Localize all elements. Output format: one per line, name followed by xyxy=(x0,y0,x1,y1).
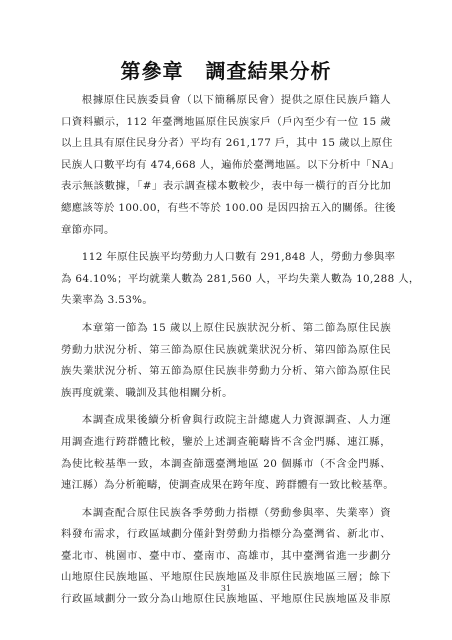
chapter-number: 第參章 xyxy=(121,59,184,83)
text-line: 根據原住民族委員會（以下簡稱原民會）提供之原住民族戶籍人 xyxy=(61,90,391,112)
text-line: 口資料顯示，112 年臺灣地區原住民族家戶（戶內至少有一位 15 歲 xyxy=(61,112,391,134)
chapter-heading: 第參章調查結果分析 xyxy=(0,55,452,84)
chapter-title-text: 調查結果分析 xyxy=(206,59,332,83)
text-line: 民族人口數平均有 474,668 人，遍佈於臺灣地區。以下分析中「NA」 xyxy=(61,155,391,177)
text-line: 112 年原住民族平均勞動力人口數有 291,848 人，勞動力參與率 xyxy=(61,247,391,269)
paragraph-administrative-regions: 本調查配合原住民族各季勞動力指標（勞動參與率、失業率）資 料發布需求，行政區域劃… xyxy=(61,503,391,611)
text-line: 為 64.10%；平均就業人數為 281,560 人，平均失業人數為 10,28… xyxy=(61,269,391,291)
text-line: 本調查成果後續分析會與行政院主計總處人力資源調查、人力運 xyxy=(61,410,391,432)
text-line: 失業率為 3.53%。 xyxy=(61,290,391,312)
text-line: 料發布需求，行政區域劃分僅針對勞動力指標分為臺灣省、新北市、 xyxy=(61,524,391,546)
text-line: 以上且具有原住民身分者）平均有 261,177 戶，其中 15 歲以上原住 xyxy=(61,133,391,155)
paragraph-household-population: 根據原住民族委員會（以下簡稱原民會）提供之原住民族戶籍人 口資料顯示，112 年… xyxy=(61,90,391,241)
text-line: 本調查配合原住民族各季勞動力指標（勞動參與率、失業率）資 xyxy=(61,503,391,525)
text-line: 族失業狀況分析、第五節為原住民族非勞動力分析、第六節為原住民 xyxy=(61,361,391,383)
paragraph-labor-force-summary: 112 年原住民族平均勞動力人口數有 291,848 人，勞動力參與率 為 64… xyxy=(61,247,391,312)
text-line: 用調查進行跨群體比較，鑒於上述調查範疇皆不含金門縣、連江縣， xyxy=(61,432,391,454)
text-line: 總應該等於 100.00，有些不等於 100.00 是因四捨五入的關係。往後 xyxy=(61,198,391,220)
paragraph-chapter-sections: 本章第一節為 15 歲以上原住民族狀況分析、第二節為原住民族 勞動力狀況分析、第… xyxy=(61,318,391,404)
page-number: 31 xyxy=(0,584,452,593)
text-line: 為使比較基準一致，本調查篩選臺灣地區 20 個縣市（不含金門縣、 xyxy=(61,454,391,476)
chapter-body: 根據原住民族委員會（以下簡稱原民會）提供之原住民族戶籍人 口資料顯示，112 年… xyxy=(61,90,391,617)
paragraph-comparison-scope: 本調查成果後續分析會與行政院主計總處人力資源調查、人力運 用調查進行跨群體比較，… xyxy=(61,410,391,496)
text-line: 連江縣）為分析範疇，使調查成果在跨年度、跨群體有一致比較基準。 xyxy=(61,475,391,497)
text-line: 臺北市、桃園市、臺中市、臺南市、高雄市，其中臺灣省進一步劃分 xyxy=(61,546,391,568)
text-line: 本章第一節為 15 歲以上原住民族狀況分析、第二節為原住民族 xyxy=(61,318,391,340)
text-line: 族再度就業、職訓及其他相關分析。 xyxy=(61,383,391,405)
text-line: 章節亦同。 xyxy=(61,220,391,242)
text-line: 勞動力狀況分析、第三節為原住民族就業狀況分析、第四節為原住民 xyxy=(61,340,391,362)
document-page: 第參章調查結果分析 根據原住民族委員會（以下簡稱原民會）提供之原住民族戶籍人 口… xyxy=(0,0,452,640)
text-line: 表示無該數據，「#」表示調查樣本數較少，表中每一橫行的百分比加 xyxy=(61,176,391,198)
